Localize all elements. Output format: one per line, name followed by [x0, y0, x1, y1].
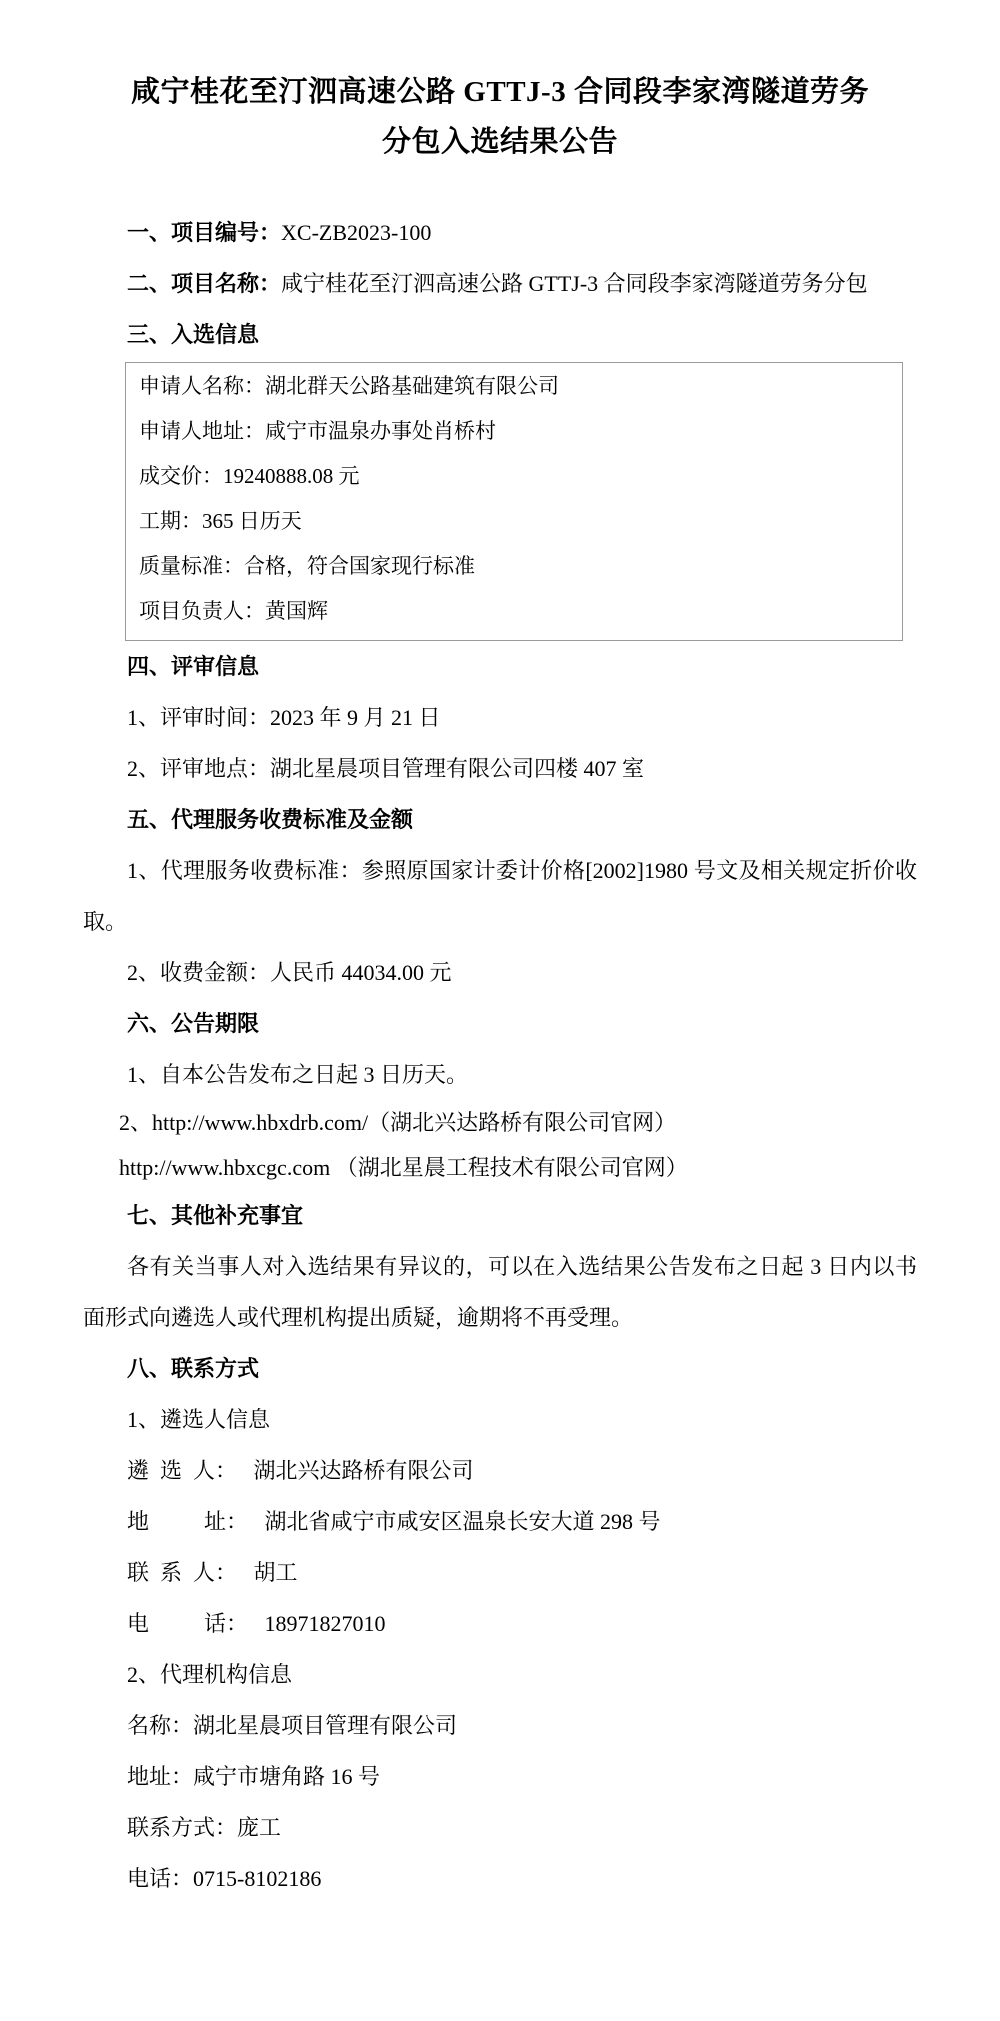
field-project-name: 二、项目名称：咸宁桂花至汀泗高速公路 GTTJ-3 合同段李家湾隧道劳务分包: [83, 258, 917, 309]
agency-phone: 电话：0715-8102186: [83, 1853, 917, 1904]
project-name-label: 二、项目名称：: [127, 271, 281, 296]
selection-info-table: 申请人名称：湖北群天公路基础建筑有限公司 申请人地址：咸宁市温泉办事处肖桥村 成…: [125, 362, 903, 641]
supplementary-body: 各有关当事人对入选结果有异议的，可以在入选结果公告发布之日起 3 日内以书面形式…: [83, 1241, 917, 1343]
section-heading-supplementary: 七、其他补充事宜: [83, 1190, 917, 1241]
section-heading-announcement-period: 六、公告期限: [83, 998, 917, 1049]
review-location: 2、评审地点：湖北星晨项目管理有限公司四楼 407 室: [83, 743, 917, 794]
selector-phone: 电 话： 18971827010: [83, 1598, 917, 1649]
agency-contact-person: 联系方式：庞工: [83, 1802, 917, 1853]
agency-info-title: 2、代理机构信息: [83, 1649, 917, 1700]
page-title: 咸宁桂花至汀泗高速公路 GTTJ-3 合同段李家湾隧道劳务分包入选结果公告: [120, 67, 880, 167]
selector-info-title: 1、遴选人信息: [83, 1394, 917, 1445]
selector-address: 地 址： 湖北省咸宁市咸安区温泉长安大道 298 号: [83, 1496, 917, 1547]
agency-fee-standard: 1、代理服务收费标准：参照原国家计委计价格[2002]1980 号文及相关规定折…: [83, 845, 917, 947]
section-heading-selection-info: 三、入选信息: [83, 309, 917, 360]
section-heading-review-info: 四、评审信息: [83, 641, 917, 692]
section-heading-agency-fee: 五、代理服务收费标准及金额: [83, 794, 917, 845]
table-row-project-manager: 项目负责人：黄国辉: [139, 589, 892, 634]
field-project-number: 一、项目编号：XC-ZB2023-100: [83, 207, 917, 258]
announcement-document: 咸宁桂花至汀泗高速公路 GTTJ-3 合同段李家湾隧道劳务分包入选结果公告 一、…: [0, 0, 1000, 2021]
section-heading-contact-info: 八、联系方式: [83, 1343, 917, 1394]
table-row-quality-standard: 质量标准：合格，符合国家现行标准: [139, 544, 892, 589]
project-number-value: XC-ZB2023-100: [281, 220, 431, 245]
table-row-applicant-address: 申请人地址：咸宁市温泉办事处肖桥村: [139, 409, 892, 454]
table-row-duration: 工期：365 日历天: [139, 499, 892, 544]
project-number-label: 一、项目编号：: [127, 220, 281, 245]
review-time: 1、评审时间：2023 年 9 月 21 日: [83, 692, 917, 743]
announcement-period-days: 1、自本公告发布之日起 3 日历天。: [83, 1049, 917, 1100]
announcement-url-xingda: 2、http://www.hbxdrb.com/（湖北兴达路桥有限公司官网）: [83, 1100, 917, 1145]
agency-fee-amount: 2、收费金额：人民币 44034.00 元: [83, 947, 917, 998]
agency-address: 地址：咸宁市塘角路 16 号: [83, 1751, 917, 1802]
project-name-value: 咸宁桂花至汀泗高速公路 GTTJ-3 合同段李家湾隧道劳务分包: [281, 271, 868, 296]
selector-contact-person: 联 系 人： 胡工: [83, 1547, 917, 1598]
table-row-deal-price: 成交价：19240888.08 元: [139, 454, 892, 499]
announcement-url-xingchen: http://www.hbxcgc.com （湖北星晨工程技术有限公司官网）: [83, 1145, 917, 1190]
selector-name: 遴 选 人： 湖北兴达路桥有限公司: [83, 1445, 917, 1496]
table-row-applicant-name: 申请人名称：湖北群天公路基础建筑有限公司: [139, 364, 892, 409]
agency-name: 名称：湖北星晨项目管理有限公司: [83, 1700, 917, 1751]
